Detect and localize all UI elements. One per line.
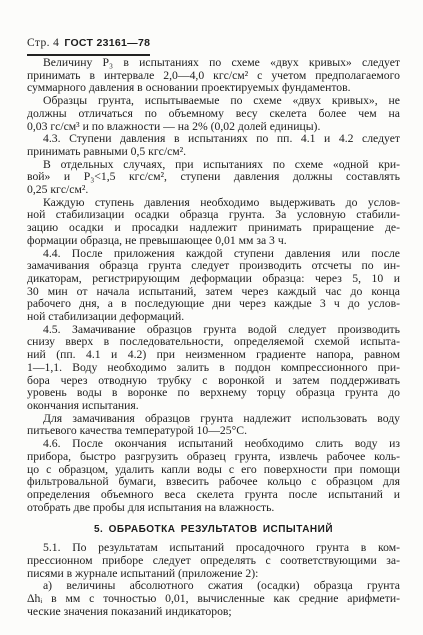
document-body: Величину Р₃ в испытаниях по схеме «двух … <box>27 57 400 619</box>
text-line: ческие значения показаний индикаторов; <box>27 606 400 619</box>
paragraph: Для замачивания образцов грунта надлежит… <box>27 413 400 438</box>
paragraph: 4.3. Ступени давления в испытаниях по пп… <box>27 133 400 158</box>
text-line: Образцы грунта, испытываемые по схеме «д… <box>27 95 400 108</box>
text-line: определения объемного веса скелета грунт… <box>27 489 400 502</box>
paragraph: Каждую ступень давления необходимо выдер… <box>27 197 400 248</box>
text-line: 1—1,1. Воду необходимо залить в поддон к… <box>27 362 400 375</box>
text-line: 4.6. После окончания испытаний необходим… <box>27 438 400 451</box>
section-4-paragraphs: Величину Р₃ в испытаниях по схеме «двух … <box>27 57 400 514</box>
paragraph: 5.1. По результатам испытаний просадочно… <box>27 542 400 580</box>
document-page: Стр. 4ГОСТ 23161—78 Величину Р₃ в испыта… <box>0 0 423 635</box>
text-line: прибора, быстро разгрузить образец грунт… <box>27 451 400 464</box>
text-line: фильтровальной бумаги, взвесить рабочее … <box>27 476 400 489</box>
text-line: ний (пп. 4.1 и 4.2) при неизменном гради… <box>27 349 400 362</box>
page-number-label: Стр. 4 <box>27 37 59 49</box>
text-line: Δhᵢ в мм с точностью 0,01, вычисленные к… <box>27 593 400 606</box>
paragraph: 4.4. После приложения каждой ступени дав… <box>27 248 400 324</box>
text-line: 0,25 кгс/см². <box>27 184 400 197</box>
text-line: отобрать две пробы для испытания на влаж… <box>27 502 400 515</box>
paragraph: В отдельных случаях, при испытаниях по с… <box>27 159 400 197</box>
paragraph: 4.6. После окончания испытаний необходим… <box>27 438 400 514</box>
text-line: ной стабилизации деформаций. <box>27 311 400 324</box>
section-5-paragraphs: 5.1. По результатам испытаний просадочно… <box>27 542 400 618</box>
section-5-heading: 5. ОБРАБОТКА РЕЗУЛЬТАТОВ ИСПЫТАНИЙ <box>27 523 400 536</box>
paragraph: а) величины абсолютного сжатия (осадки) … <box>27 580 400 618</box>
text-line: Величину Р₃ в испытаниях по схеме «двух … <box>27 57 400 70</box>
text-line: прессионном приборе следует определять с… <box>27 555 400 568</box>
paragraph: 4.5. Замачивание образцов грунта водой с… <box>27 324 400 413</box>
text-line: дикаторам, регистрирующим деформации обр… <box>27 273 400 286</box>
text-line: принимать равными 0,5 кгс/см². <box>27 146 400 159</box>
page-header: Стр. 4ГОСТ 23161—78 <box>27 33 150 56</box>
text-line: зацию осадки и просадки надлежит принима… <box>27 222 400 235</box>
paragraph: Образцы грунта, испытываемые по схеме «д… <box>27 95 400 133</box>
text-line: должны отличаться по объемному весу скел… <box>27 108 400 121</box>
paragraph: Величину Р₃ в испытаниях по схеме «двух … <box>27 57 400 95</box>
text-line: окончания испытания. <box>27 400 400 413</box>
text-line: формации образца, не превышающее 0,01 мм… <box>27 235 400 248</box>
standard-number-label: ГОСТ 23161—78 <box>64 37 150 49</box>
